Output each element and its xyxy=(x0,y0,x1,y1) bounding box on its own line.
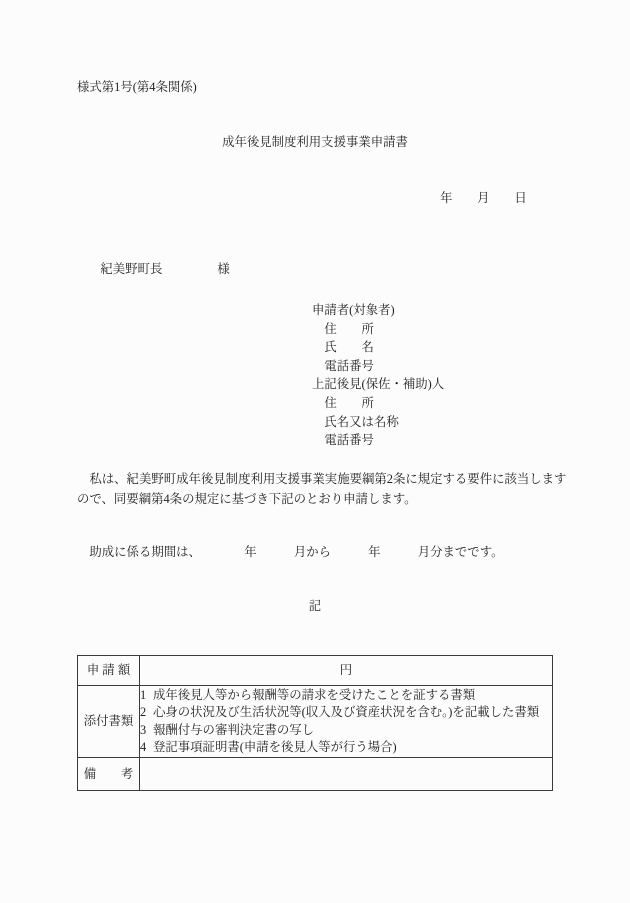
applicant-heading: 申請者(対象者) xyxy=(312,304,444,323)
subsidy-period-line: 助成に係る期間は、 年 月から 年 月分までです。 xyxy=(77,546,503,558)
remarks-value-cell xyxy=(140,758,553,791)
date-line: 年 月 日 xyxy=(440,192,527,204)
declaration-line-2: ので、同要綱第4条の規定に基づき下記のとおり申請します。 xyxy=(77,493,577,513)
applicant-phone-label: 電話番号 xyxy=(312,360,444,379)
applicant-name-label: 氏 名 xyxy=(312,341,444,360)
guardian-phone-label: 電話番号 xyxy=(312,434,444,453)
amount-row: 申 請 額 円 xyxy=(78,656,553,686)
remarks-row: 備 考 xyxy=(78,758,553,791)
attachments-row: 添付書類 1成年後見人等から報酬等の請求を受けたことを証する書類 2心身の状況及… xyxy=(78,686,553,758)
guardian-address-label: 住 所 xyxy=(312,397,444,416)
attachment-item: 3報酬付与の審判決定書の写し xyxy=(140,722,552,739)
attachment-item: 2心身の状況及び生活状況等(収入及び資産状況を含む。)を記載した書類 xyxy=(140,704,552,721)
amount-value-cell: 円 xyxy=(140,656,553,686)
record-mark: 記 xyxy=(0,600,630,612)
attachment-item: 4登記事項証明書(申請を後見人等が行う場合) xyxy=(140,739,552,756)
applicant-address-label: 住 所 xyxy=(312,323,444,342)
attachment-item-text: 成年後見人等から報酬等の請求を受けたことを証する書類 xyxy=(153,688,475,702)
attachment-item-text: 報酬付与の審判決定書の写し xyxy=(153,723,314,737)
attachment-item-number: 2 xyxy=(140,704,153,721)
form-number: 様式第1号(第4条関係) xyxy=(77,81,197,93)
remarks-label: 備 考 xyxy=(78,758,140,791)
declaration-paragraph: 私は、紀美野町成年後見制度利用支援事業実施要綱第2条に規定する要件に該当します … xyxy=(77,473,577,513)
attachment-item-text: 心身の状況及び生活状況等(収入及び資産状況を含む。)を記載した書類 xyxy=(153,705,539,719)
guardian-name-label: 氏名又は名称 xyxy=(312,416,444,435)
guardian-heading: 上記後見(保佐・補助)人 xyxy=(312,378,444,397)
page-title: 成年後見制度利用支援事業申請書 xyxy=(0,136,630,148)
attachment-item-number: 4 xyxy=(140,739,153,756)
applicant-block: 申請者(対象者) 住 所 氏 名 電話番号 上記後見(保佐・補助)人 住 所 氏… xyxy=(312,304,444,453)
declaration-line-1: 私は、紀美野町成年後見制度利用支援事業実施要綱第2条に規定する要件に該当します xyxy=(77,473,577,493)
attachment-item-text: 登記事項証明書(申請を後見人等が行う場合) xyxy=(153,740,397,754)
attachment-item-number: 1 xyxy=(140,687,153,704)
application-form-page: 様式第1号(第4条関係) 成年後見制度利用支援事業申請書 年 月 日 紀美野町長… xyxy=(0,0,630,903)
addressee-honorific: 様 xyxy=(217,262,229,276)
application-table: 申 請 額 円 添付書類 1成年後見人等から報酬等の請求を受けたことを証する書類… xyxy=(77,655,553,791)
attachment-item: 1成年後見人等から報酬等の請求を受けたことを証する書類 xyxy=(140,687,552,704)
amount-label: 申 請 額 xyxy=(78,656,140,686)
attachments-list: 1成年後見人等から報酬等の請求を受けたことを証する書類 2心身の状況及び生活状況… xyxy=(140,686,553,758)
attachments-label: 添付書類 xyxy=(78,686,140,758)
addressee-line: 紀美野町長様 xyxy=(88,251,230,288)
addressee-name: 紀美野町長 xyxy=(100,262,162,276)
attachment-item-number: 3 xyxy=(140,722,153,739)
